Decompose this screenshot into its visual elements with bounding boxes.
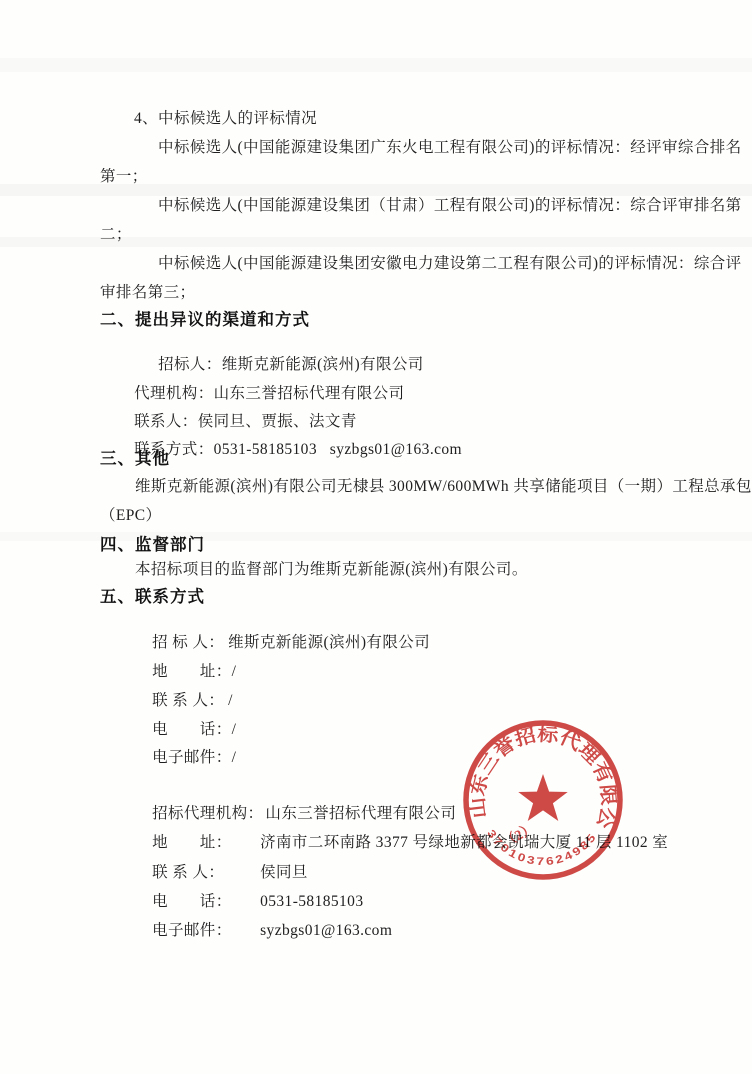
row-value: 济南市二环南路 3377 号绿地新都会凯瑞大厦 11 层 1102 室 (260, 834, 668, 851)
candidate-1-line-2: 第一； (100, 168, 148, 187)
supervision-line: 本招标项目的监督部门为维斯克新能源(滨州)有限公司。 (135, 561, 528, 580)
seal-star-icon (518, 774, 567, 821)
row-value: 0531-58185103 syzbgs01@163.com (214, 441, 462, 458)
candidate-2-line-1: 中标候选人(中国能源建设集团（甘肃）工程有限公司)的评标情况：综合评审排名第 (158, 197, 742, 216)
item-4-title: 4、中标候选人的评标情况 (134, 110, 317, 129)
section-heading-contact: 五、联系方式 (100, 587, 205, 607)
section-heading-supervision: 四、监督部门 (100, 535, 205, 555)
candidate-2-line-2: 二； (100, 226, 132, 245)
tenderer-row-email: 电子邮件：/ (135, 730, 236, 786)
candidate-3-line-2: 审排名第三； (100, 284, 195, 303)
candidate-3-line-1: 中标候选人(中国能源建设集团安徽电力建设第二工程有限公司)的评标情况：综合评 (158, 255, 742, 274)
project-name-line-1: 维斯克新能源(滨州)有限公司无棣县 300MW/600MWh 共享储能项目（一期… (135, 478, 752, 497)
row-label: 电子邮件： (152, 749, 232, 768)
row-label: 电子邮件： (152, 922, 258, 941)
section-heading-objection: 二、提出异议的渠道和方式 (100, 310, 310, 330)
document-page: 4、中标候选人的评标情况 中标候选人(中国能源建设集团广东火电工程有限公司)的评… (0, 0, 752, 1074)
section-heading-other: 三、其他 (100, 449, 170, 469)
seal-company-text: 山东三誉招标代理有限公司 (458, 715, 619, 831)
row-value: syzbgs01@163.com (260, 922, 392, 939)
candidate-1-line-1: 中标候选人(中国能源建设集团广东火电工程有限公司)的评标情况：经评审综合排名 (158, 139, 742, 158)
row-value: / (232, 749, 237, 766)
project-name-line-2: （EPC） (100, 507, 161, 526)
row-value: 维斯克新能源(滨州)有限公司 (228, 634, 430, 651)
scan-artifact (0, 58, 752, 72)
agency-row-email: 电子邮件：syzbgs01@163.com (135, 903, 392, 959)
